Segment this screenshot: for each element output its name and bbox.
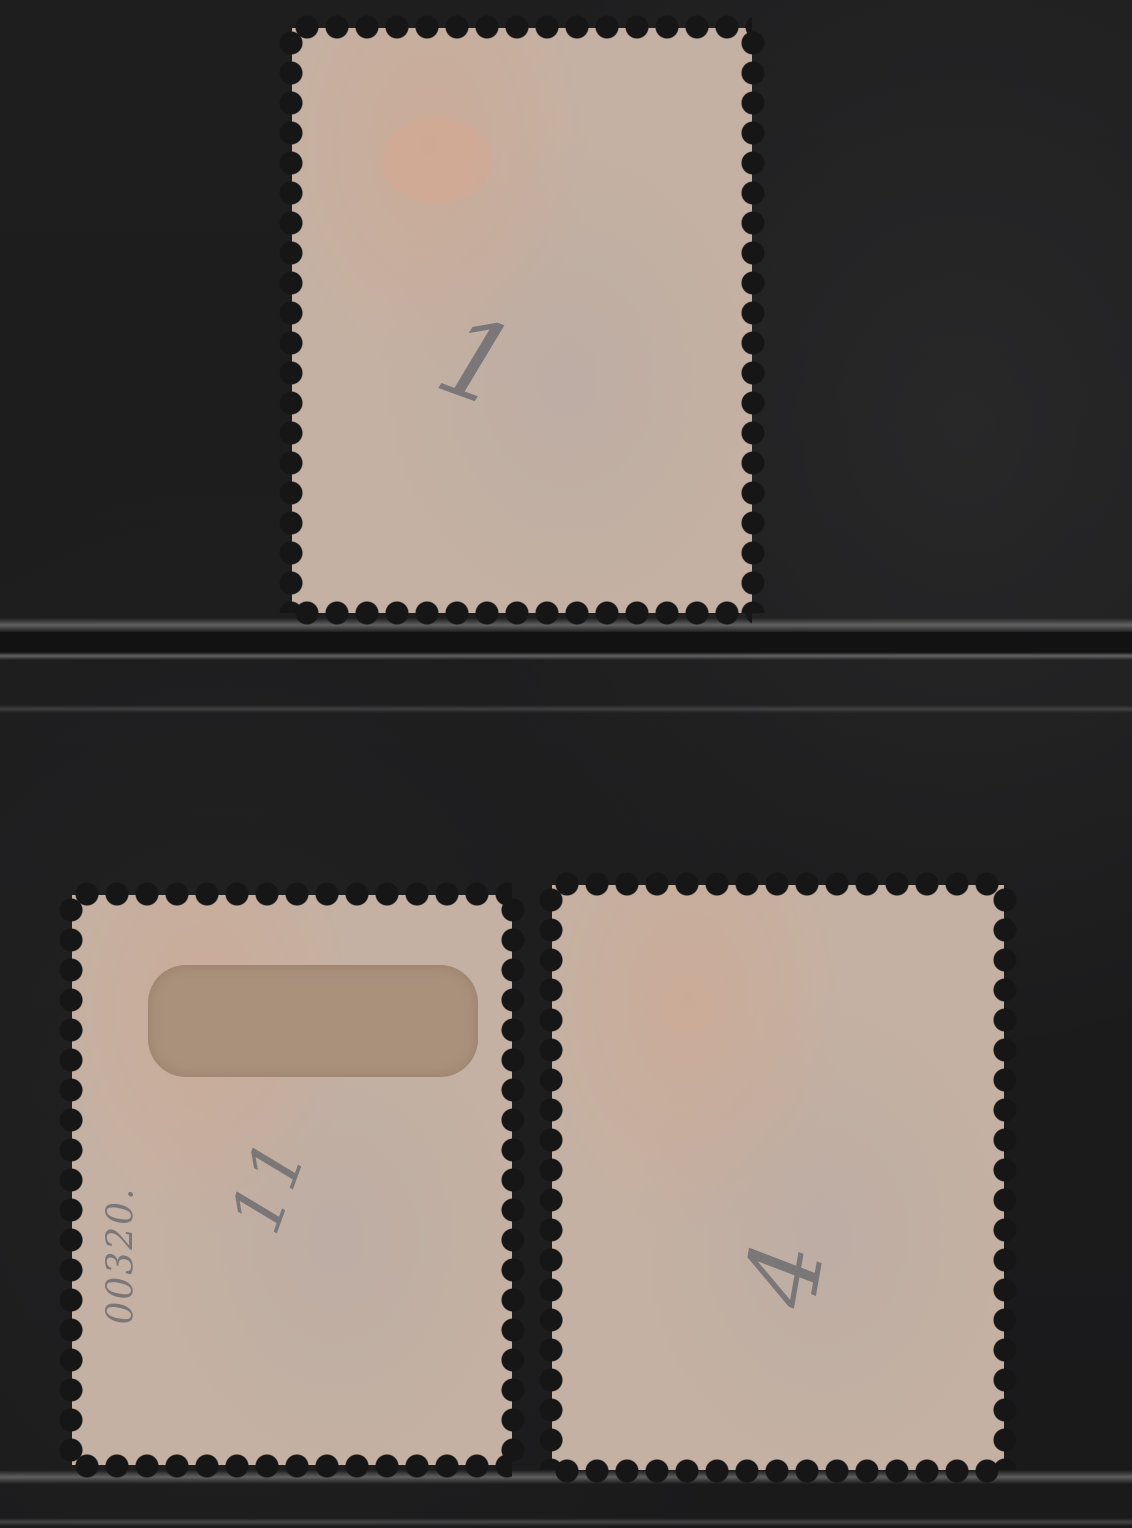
stock-strip-edge-lower [0, 705, 1132, 713]
stamp-bottom-left: 00320. 11 [72, 895, 512, 1465]
stock-page: 1 00320. 11 4 [0, 0, 1132, 1528]
stamp-paper [552, 885, 1004, 1470]
stock-strip-edge-middle [0, 652, 1132, 660]
stock-strip-edge-base [0, 1518, 1132, 1526]
stock-strip-edge-top [0, 618, 1132, 632]
hinge-remnant [148, 965, 478, 1077]
pencil-mark-number: 00320. [100, 1187, 141, 1325]
stock-strip-band [0, 632, 1132, 654]
stamp-bottom-right: 4 [552, 885, 1004, 1470]
stock-strip-edge-bottom [0, 1470, 1132, 1484]
thin-spot [382, 118, 492, 203]
stamp-top: 1 [292, 28, 752, 613]
